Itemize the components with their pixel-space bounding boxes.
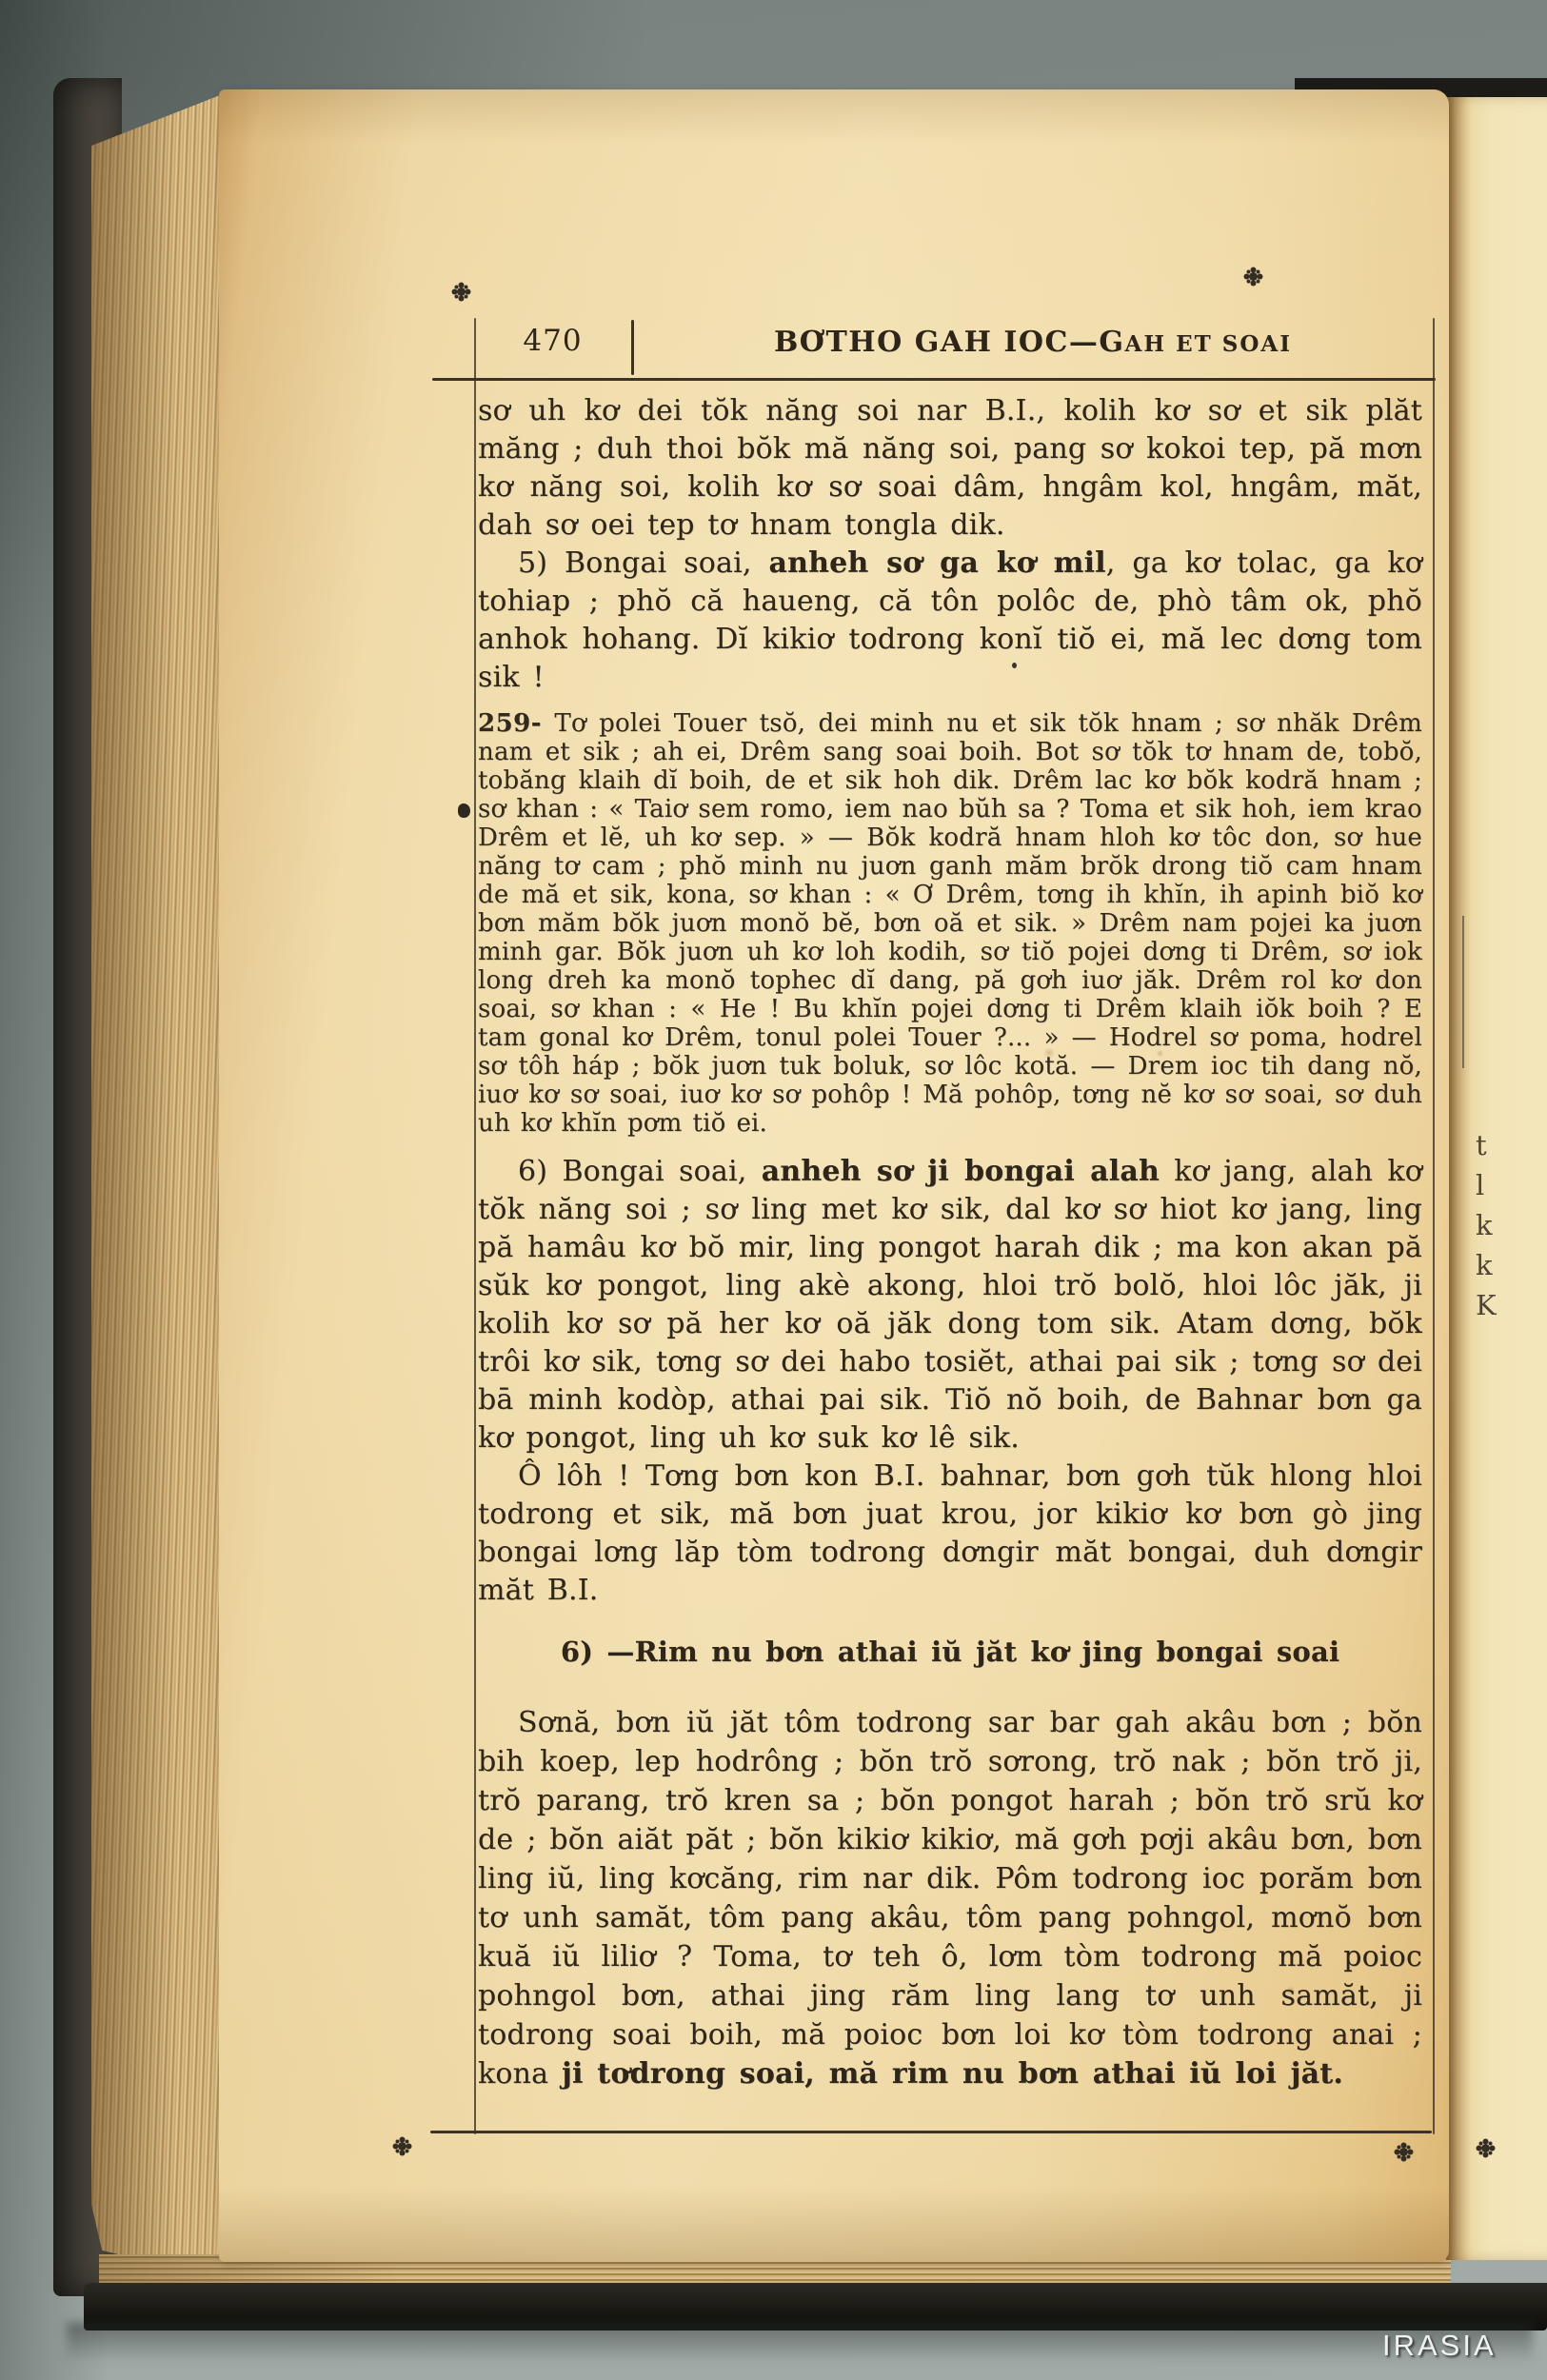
edge-letter: k (1476, 1251, 1514, 1279)
book-shadow (67, 2323, 1533, 2363)
ink-blot (458, 803, 470, 818)
footnote-text: Tơ polei Touer tsŏ, dei minh nu et sik t… (478, 709, 1422, 1138)
paragraph-o-loh: Ô lôh ! Tơng bơn kon B.I. bahnar, bơn gơ… (478, 1458, 1422, 1610)
margin-rule-left (474, 318, 476, 2134)
paragraph-item-6: 6) Bongai soai, anheh sơ ji bongai alah … (478, 1153, 1422, 1458)
page-edge-stack-left (91, 93, 225, 2281)
running-title-smallcaps: AH ET SOAI (1125, 331, 1293, 357)
running-title: BƠTHO GAH IOC—GAH ET SOAI (633, 326, 1433, 359)
running-title-main: BƠTHO GAH IOC—G (774, 326, 1125, 359)
edge-letter: k (1476, 1211, 1514, 1240)
paragraph-item-5-pre: 5) Bongai soai, (518, 546, 768, 580)
printer-flower-ornament (1249, 272, 1258, 281)
page-number: 470 (474, 324, 631, 358)
paragraph-sona-pre: Sơnă, bơn iŭ jăt tôm todrong sar bar gah… (478, 1706, 1422, 2091)
paragraph-sona-bold: ji tơdrong soai, mă rim nu bơn athai iŭ … (562, 2057, 1343, 2091)
section-heading: 6) —Rim nu bơn athai iŭ jăt kơ jing bong… (478, 1633, 1422, 1671)
margin-rule-right (1433, 318, 1435, 2134)
watermark: IRASIA (1382, 2329, 1497, 2363)
paragraph-item-6-pre: 6) Bongai soai, (518, 1155, 762, 1188)
paragraph-item-6-post: kơ jang, alah kơ tŏk năng soi ; sơ ling … (478, 1155, 1422, 1455)
footnote-number: 259- (478, 709, 542, 738)
text-column: sơ uh kơ dei tŏk năng soi nar B.I., koli… (478, 392, 1422, 2093)
paragraph-continuation: sơ uh kơ dei tŏk năng soi nar B.I., koli… (478, 392, 1422, 545)
edge-letter: t (1476, 1131, 1514, 1160)
header-rule (432, 378, 1436, 381)
printer-flower-ornament (1399, 2148, 1408, 2156)
printer-flower-ornament (1481, 2144, 1490, 2152)
paragraph-sona: Sơnă, bơn iŭ jăt tôm todrong sar bar gah… (478, 1703, 1422, 2093)
footnote-paragraph-259: 259- Tơ polei Touer tsŏ, dei minh nu et … (478, 709, 1422, 1138)
header-divider-rule (631, 320, 634, 375)
paragraph-item-5: 5) Bongai soai, anheh sơ ga kơ mil, ga k… (478, 545, 1422, 697)
edge-letter: K (1476, 1291, 1514, 1319)
edge-letter: l (1476, 1171, 1514, 1200)
printer-flower-ornament (457, 288, 466, 296)
next-page-sliver: t l k k K (1446, 97, 1547, 2260)
paragraph-item-6-bold: anheh sơ ji bongai alah (762, 1155, 1160, 1188)
book-photo: t l k k K 470 BƠTHO GAH IOC—GAH ET SOAI … (0, 0, 1547, 2380)
next-page-rule-fragment (1462, 916, 1464, 1068)
printer-flower-ornament (398, 2142, 407, 2151)
paragraph-item-5-bold: anheh sơ ga kơ mil (768, 546, 1105, 580)
book-page: 470 BƠTHO GAH IOC—GAH ET SOAI sơ uh kơ d… (219, 89, 1449, 2262)
footer-rule (430, 2131, 1432, 2133)
